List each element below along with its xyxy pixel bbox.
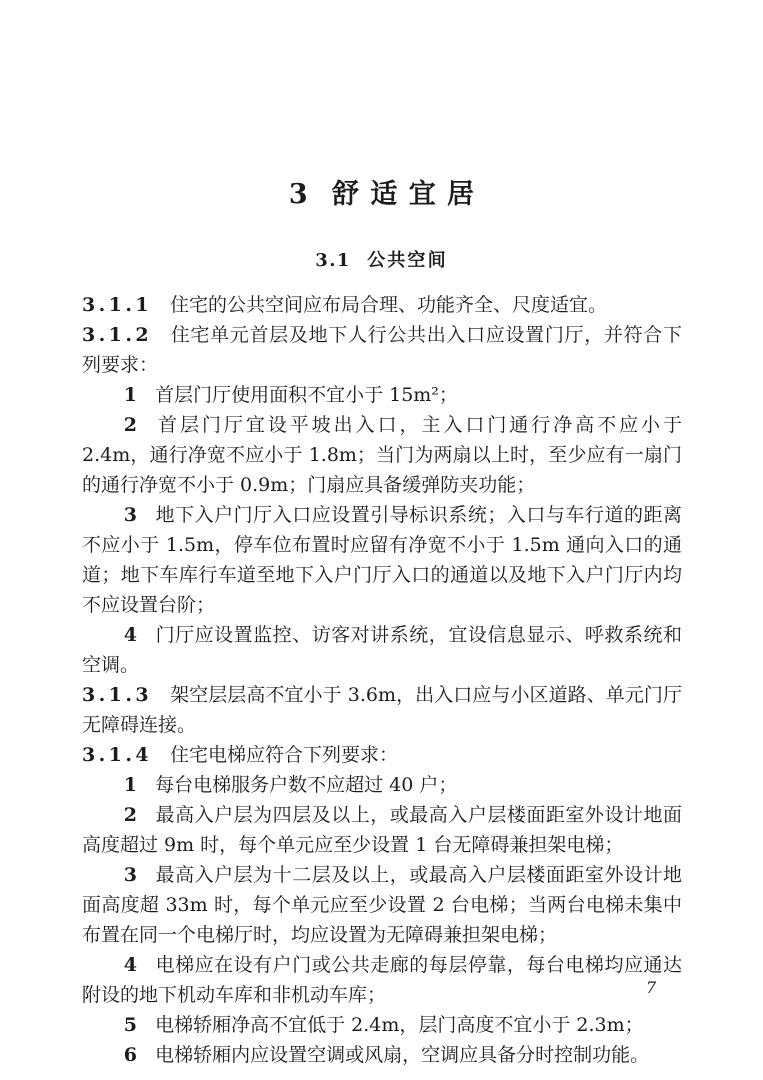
item-number: 2: [124, 414, 137, 436]
item-paragraph: 5电梯轿厢净高不宜低于 2.4m，层门高度不宜小于 2.3m；: [82, 1010, 682, 1040]
item-number: 5: [124, 1014, 137, 1036]
item-text: 每台电梯服务户数不应超过 40 户；: [155, 774, 457, 796]
item-paragraph: 2首层门厅宜设平坡出入口，主入口门通行净高不应小于 2.4m，通行净宽不应小于 …: [82, 410, 682, 500]
clause-paragraph: 3.1.4住宅电梯应符合下列要求：: [82, 740, 682, 770]
item-paragraph: 3地下入户门厅入口应设置引导标识系统；入口与车行道的距离不应小于 1.5m，停车…: [82, 500, 682, 620]
item-text: 地下入户门厅入口应设置引导标识系统；入口与车行道的距离不应小于 1.5m，停车位…: [82, 504, 682, 616]
item-text: 电梯应在设有户门或公共走廊的每层停靠，每台电梯均应通达附设的地下机动车库和非机动…: [82, 954, 682, 1006]
clause-text: 住宅电梯应符合下列要求：: [170, 744, 398, 766]
item-text: 最高入户层为十二层及以上，或最高入户层楼面距室外设计地面高度超 33m 时，每个…: [82, 864, 682, 946]
item-paragraph: 1每台电梯服务户数不应超过 40 户；: [82, 770, 682, 800]
item-paragraph: 2最高入户层为四层及以上，或最高入户层楼面距室外设计地面高度超过 9m 时，每个…: [82, 800, 682, 860]
document-page: 3舒适宜居 3.1公共空间 3.1.1住宅的公共空间应布局合理、功能齐全、尺度适…: [0, 0, 763, 1080]
clause-number: 3.1.1: [82, 294, 152, 316]
clause-number: 3.1.2: [82, 324, 152, 346]
item-text: 门厅应设置监控、访客对讲系统，宜设信息显示、呼救系统和空调。: [82, 624, 682, 676]
chapter-title-text: 舒适宜居: [332, 179, 485, 210]
item-number: 1: [124, 384, 137, 406]
item-paragraph: 4门厅应设置监控、访客对讲系统，宜设信息显示、呼救系统和空调。: [82, 620, 682, 680]
clause-text: 架空层层高不宜小于 3.6m，出入口应与小区道路、单元门厅无障碍连接。: [82, 684, 682, 736]
item-number: 3: [124, 864, 137, 886]
item-number: 1: [124, 774, 137, 796]
chapter-number: 3: [289, 179, 308, 210]
clause-paragraph: 3.1.1住宅的公共空间应布局合理、功能齐全、尺度适宜。: [82, 290, 682, 320]
clause-number: 3.1.3: [82, 684, 152, 706]
item-text: 电梯轿厢净高不宜低于 2.4m，层门高度不宜小于 2.3m；: [155, 1014, 644, 1036]
chapter-title: 3舒适宜居: [0, 179, 763, 211]
section-number: 3.1: [315, 250, 351, 271]
item-number: 6: [124, 1044, 137, 1066]
clause-text: 住宅的公共空间应布局合理、功能齐全、尺度适宜。: [170, 294, 607, 316]
item-text: 最高入户层为四层及以上，或最高入户层楼面距室外设计地面高度超过 9m 时，每个单…: [82, 804, 682, 856]
item-text: 电梯轿厢内应设置空调或风扇，空调应具备分时控制功能。: [155, 1044, 649, 1066]
item-paragraph: 3最高入户层为十二层及以上，或最高入户层楼面距室外设计地面高度超 33m 时，每…: [82, 860, 682, 950]
clause-text: 住宅单元首层及地下人行公共出入口应设置门厅，并符合下列要求：: [82, 324, 682, 376]
item-paragraph: 4电梯应在设有户门或公共走廊的每层停靠，每台电梯均应通达附设的地下机动车库和非机…: [82, 950, 682, 1010]
item-number: 3: [124, 504, 137, 526]
clause-number: 3.1.4: [82, 744, 152, 766]
clause-paragraph: 3.1.2住宅单元首层及地下人行公共出入口应设置门厅，并符合下列要求：: [82, 320, 682, 380]
item-number: 4: [124, 624, 137, 646]
item-number: 4: [124, 954, 137, 976]
page-number: 7: [646, 978, 656, 998]
item-text: 首层门厅宜设平坡出入口，主入口门通行净高不应小于 2.4m，通行净宽不应小于 1…: [82, 414, 682, 496]
body-paragraphs: 3.1.1住宅的公共空间应布局合理、功能齐全、尺度适宜。 3.1.2住宅单元首层…: [82, 290, 682, 1070]
section-title: 3.1公共空间: [0, 250, 763, 272]
item-paragraph: 6电梯轿厢内应设置空调或风扇，空调应具备分时控制功能。: [82, 1040, 682, 1070]
item-paragraph: 1首层门厅使用面积不宜小于 15m²；: [82, 380, 682, 410]
item-number: 2: [124, 804, 137, 826]
clause-paragraph: 3.1.3架空层层高不宜小于 3.6m，出入口应与小区道路、单元门厅无障碍连接。: [82, 680, 682, 740]
section-title-text: 公共空间: [367, 250, 448, 271]
item-text: 首层门厅使用面积不宜小于 15m²；: [155, 384, 458, 406]
